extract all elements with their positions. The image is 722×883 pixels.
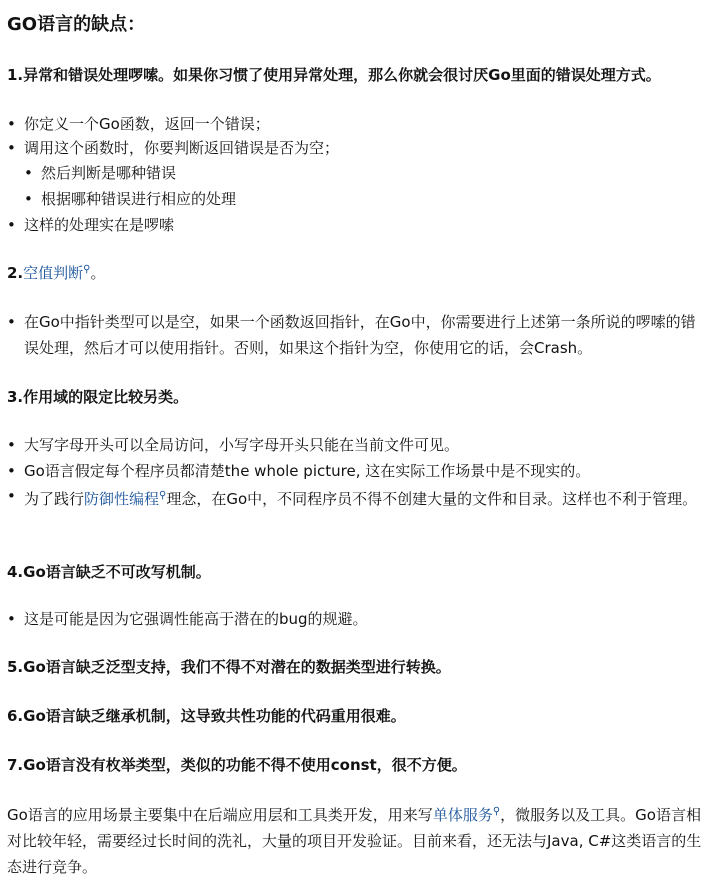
bullet-icon: • (7, 212, 23, 238)
defensive-programming-link[interactable]: 防御性编程 (84, 490, 159, 508)
list-item: •根据哪种错误进行相应的处理 (7, 186, 236, 212)
monolith-service-link[interactable]: 单体服务 (433, 806, 493, 824)
bullet-icon: • (7, 111, 23, 137)
list-item: •Go语言假定每个程序员都清楚the whole picture, 这在实际工作… (7, 458, 590, 484)
list-item: •这是可能是因为它强调性能高于潜在的bug的规避。 (7, 606, 368, 632)
list-item: •然后判断是哪种错误 (7, 160, 176, 186)
bullet-icon: • (7, 432, 23, 458)
conclusion-paragraph: Go语言的应用场景主要集中在后端应用层和工具类开发，用来写单体服务⚲，微服务以及… (7, 799, 707, 880)
list-item: •这样的处理实在是啰嗦 (7, 212, 174, 238)
page-title: GO语言的缺点： (7, 10, 145, 36)
section-2-heading: 2.空值判断⚲。 (7, 262, 106, 283)
bullet-icon: • (24, 160, 40, 186)
bullet-icon: • (24, 186, 40, 212)
section-4-heading: 4.Go语言缺乏不可改写机制。 (7, 561, 211, 582)
bullet-icon: • (7, 606, 23, 632)
bullet-icon: • (7, 309, 23, 335)
bullet-icon: • (7, 135, 23, 161)
bullet-icon: • (7, 458, 23, 484)
null-check-link[interactable]: 空值判断 (23, 264, 83, 282)
list-item: •调用这个函数时，你要判断返回错误是否为空； (7, 135, 339, 161)
section-6-heading: 6.Go语言缺乏继承机制，这导致共性功能的代码重用很难。 (7, 705, 406, 726)
section-7-heading: 7.Go语言没有枚举类型，类似的功能不得不使用const，很不方便。 (7, 754, 467, 775)
section-3-heading: 3.作用域的限定比较另类。 (7, 386, 188, 407)
section-5-heading: 5.Go语言缺乏泛型支持，我们不得不对潜在的数据类型进行转换。 (7, 656, 451, 677)
list-item: •为了践行防御性编程⚲理念，在Go中，不同程序员不得不创建大量的文件和目录。这样… (7, 483, 707, 512)
list-item: •你定义一个Go函数，返回一个错误； (7, 111, 270, 137)
list-item: •大写字母开头可以全局访问，小写字母开头只能在当前文件可见。 (7, 432, 459, 458)
list-item: •在Go中指针类型可以是空，如果一个函数返回指针，在Go中，你需要进行上述第一条… (7, 309, 707, 361)
section-1-heading: 1.异常和错误处理啰嗦。如果你习惯了使用异常处理，那么你就会很讨厌Go里面的错误… (7, 64, 661, 85)
bullet-icon: • (7, 483, 23, 509)
